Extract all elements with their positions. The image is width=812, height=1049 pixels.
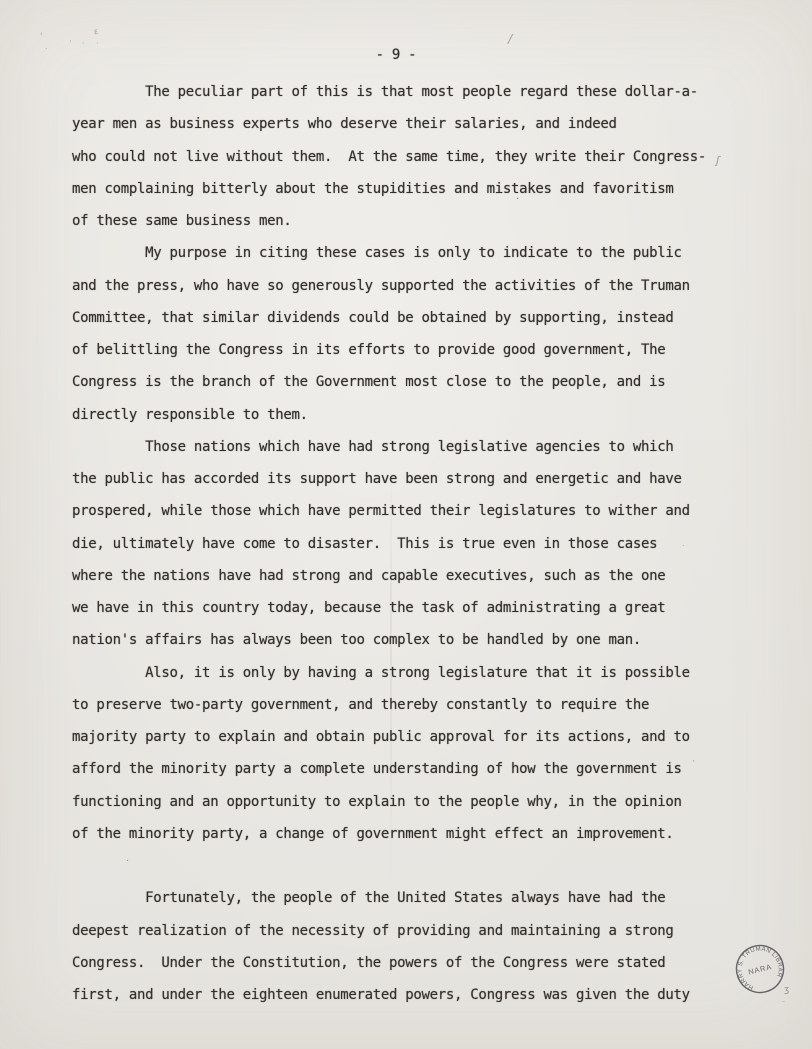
text-line: of these same business men. — [72, 205, 762, 237]
page-number: - 9 - — [0, 47, 802, 63]
text-line: Fortunately, the people of the United St… — [72, 882, 762, 914]
text-line: functioning and an opportunity to explai… — [72, 786, 762, 818]
paper-crease — [390, 460, 392, 890]
text-line: afford the minority party a complete und… — [72, 753, 762, 785]
document-body: The peculiar part of this is that most p… — [72, 76, 762, 1011]
paper-mark: ɛ — [93, 28, 99, 37]
document-page: - 9 - The peculiar part of this is that … — [0, 0, 812, 1049]
text-line: of the minority party, a change of gover… — [72, 818, 762, 850]
text-line: and the press, who have so generously su… — [72, 270, 762, 302]
text-line: to preserve two-party government, and th… — [72, 689, 762, 721]
truman-library-stamp: HARRY S. TRUMAN LIBRARY NARA — [724, 933, 796, 1005]
text-line: we have in this country today, because t… — [72, 592, 762, 624]
stamp-center-text: NARA — [747, 962, 773, 977]
text-line: who could not live without them. At the … — [72, 141, 762, 173]
text-line: first, and under the eighteen enumerated… — [72, 979, 762, 1011]
text-line: of belittling the Congress in its effort… — [72, 334, 762, 366]
text-line: majority party to explain and obtain pub… — [72, 721, 762, 753]
text-line: Also, it is only by having a strong legi… — [72, 657, 762, 689]
paper-mark: · — [69, 38, 72, 47]
text-line: Congress is the branch of the Government… — [72, 366, 762, 398]
text-line: deepest realization of the necessity of … — [72, 915, 762, 947]
text-line: Committee, that similar dividends could … — [72, 302, 762, 334]
text-line: Those nations which have had strong legi… — [72, 431, 762, 463]
paper-mark: ' — [40, 33, 42, 42]
text-line: Congress. Under the Constitution, the po… — [72, 947, 762, 979]
text-line: men complaining bitterly about the stupi… — [72, 173, 762, 205]
text-line: the public has accorded its support have… — [72, 463, 762, 495]
text-line: directly responsible to them. — [72, 399, 762, 431]
text-line: nation's affairs has always been too com… — [72, 624, 762, 656]
text-line: The peculiar part of this is that most p… — [72, 76, 762, 108]
text-line: prospered, while those which have permit… — [72, 495, 762, 527]
text-line: My purpose in citing these cases is only… — [72, 237, 762, 269]
text-line: year men as business experts who deserve… — [72, 108, 762, 140]
paper-mark: / — [507, 33, 514, 47]
text-line: where the nations have had strong and ca… — [72, 560, 762, 592]
text-line — [72, 850, 762, 882]
text-line: die, ultimately have come to disaster. T… — [72, 528, 762, 560]
